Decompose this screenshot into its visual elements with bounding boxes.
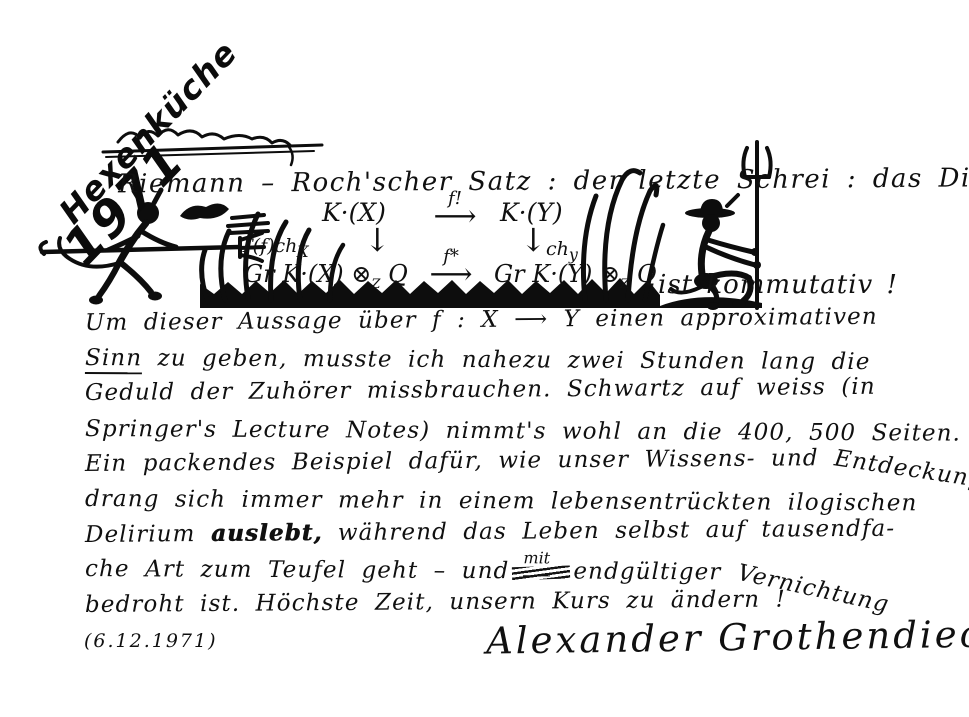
- body-text: Um dieser Aussage über f : X ⟶ Y einen a…: [85, 306, 969, 623]
- signature-grothendieck: Alexander Grothendieck: [486, 612, 969, 662]
- diagram-arrow-f-shriek: f! ⟶: [412, 190, 498, 232]
- body-line-8-post: endgültiger: [573, 559, 737, 586]
- label-tfch-sub: X: [297, 242, 308, 261]
- label-tfch: T(f)ch: [240, 235, 297, 257]
- label-ch: ch: [546, 238, 569, 260]
- down-arrow-icon-left: ↓: [364, 224, 391, 256]
- underlined-word-sinn: Sinn: [85, 345, 142, 374]
- body-line-8-pre: che Art zum Teufel geht – und: [85, 556, 509, 584]
- diagram-term-grkx: Gr K·(X) ⊗Z Q: [244, 260, 408, 292]
- tensor-sub-z-right: Z: [620, 277, 629, 292]
- right-arrow-icon: ⟶: [429, 260, 472, 290]
- commutative-note: ist kommutativ !: [658, 270, 898, 300]
- body-line-7-pre: Delirium: [85, 521, 211, 548]
- term-grky-q: Q: [629, 260, 656, 288]
- overwritten-word-auslebt: auslebt,: [211, 519, 323, 547]
- body-line-3: Geduld der Zuhörer missbrauchen. Schwart…: [85, 369, 969, 411]
- right-arrow-icon: ⟶: [433, 202, 476, 232]
- scanned-handwritten-note: Hexenküche 1971 Riemann – Roch'scher Sat…: [0, 0, 969, 717]
- diagram-arrow-f-star: f* ⟶: [412, 248, 490, 290]
- diagram-label-tf-chx: T(f)chX: [240, 235, 309, 261]
- diagram-term-grky: Gr K·(Y) ⊗Z Q: [494, 260, 657, 292]
- body-line-5: Ein packendes Beispiel dafür, wie unser …: [85, 440, 969, 482]
- page-title: Riemann – Roch'scher Satz : der letzte S…: [118, 163, 969, 200]
- body-line-5-main: Ein packendes Beispiel dafür, wie unser …: [85, 445, 834, 477]
- date-note: (6.12.1971): [84, 630, 218, 652]
- hatch-lines: [228, 215, 268, 233]
- scribbled-out-word: [512, 566, 570, 581]
- down-arrow-icon-right: ↓: [520, 224, 547, 256]
- body-line-1: Um dieser Aussage über f : X ⟶ Y einen a…: [85, 299, 969, 341]
- term-grkx-pre: Gr K·(X) ⊗: [244, 260, 371, 288]
- term-grky-pre: Gr K·(Y) ⊗: [494, 260, 620, 288]
- term-grkx-q: Q: [380, 260, 407, 288]
- body-line-7-rest: während das Leben selbst auf tausendfa-: [322, 516, 895, 546]
